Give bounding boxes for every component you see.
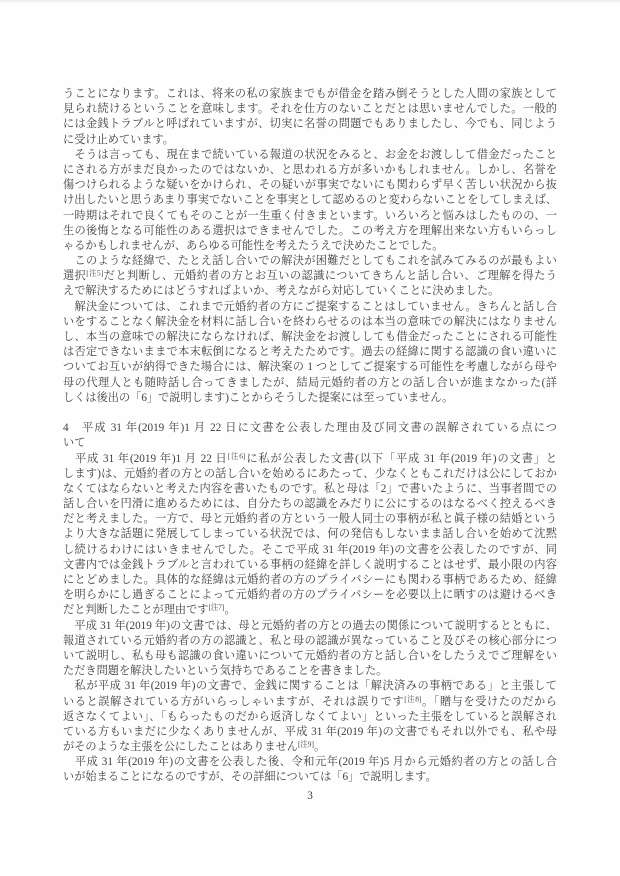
text-line: 平成 31 年(2019 年)1 月 22 日[注6]に私が公表した文書(以下「… [63, 452, 557, 467]
text-line: 選択[注5]だと判断し、元婚約者の方とお互いの認識についてきちんと話し合い、ご理… [63, 269, 557, 284]
text-line: にされる方がまだ良かったのではないか、と思われる方が多いかもしれません。しかし、… [63, 163, 557, 178]
text-line: いると誤解されている方がいらっしゃいますが、それは誤りです[注8]。「贈与を受け… [63, 695, 557, 710]
paragraph: 解決金については、これまで元婚約者の方にご提案することはしていません。きちんと話… [63, 300, 557, 406]
text-line: します)は、元婚約者の方との話し合いを始めるにあたって、少なくともこれだけは公に… [63, 467, 557, 482]
text-line: より大きな話題に発展してしまっている状況では、何の発信もしないまま話し合いを始め… [63, 527, 557, 542]
text-line: 返さなくてよい」、「もらったものだから返済しなくてよい」といった主張をしていると… [63, 710, 557, 725]
text-line: なくてはならないと考えた内容を書いたものです。私と母は「2」で書いたように、当事… [63, 482, 557, 497]
text-line: にとどめました。具体的な経緯は元婚約者の方のプライバシーにも関わる事柄であるため… [63, 573, 557, 588]
text-line: いをすることなく解決金を材料に話し合いを終わらせるのは本当の意味での解決にはなり… [63, 315, 557, 330]
text-line: 平成 31 年(2019 年)の文書では、母と元婚約者の方との過去の関係について… [63, 619, 557, 634]
text-line: は否定できないままで本末転倒になると考えたためです。過去の経緯に関する認識の食い… [63, 345, 557, 360]
blank-line [63, 406, 557, 421]
text-line: えで解決するためにはどうすればよいか、考えながら対応していくことに決めました。 [63, 284, 557, 299]
text-line: を明らかにし過ぎることによって元婚約者の方のプライバシーを必要以上に晒すのは避け… [63, 588, 557, 603]
text-line: だと判断したことが理由です[注7]。 [63, 603, 557, 618]
text-line: ただき問題を解決したいという気持ちであることを書きました。 [63, 664, 557, 679]
footnote-ref: [注7] [208, 603, 224, 612]
footnote-ref: [注8] [404, 695, 421, 704]
text-line: しくは後出の「6」で説明します)ことからそうした提案には至っていません。 [63, 391, 557, 406]
paragraph: 平成 31 年(2019 年)の文書では、母と元婚約者の方との過去の関係について… [63, 619, 557, 680]
text-line: ゃるかもしれませんが、あらゆる可能性を考えたうえで決めたことでした。 [63, 239, 557, 254]
paragraph: うことになります。これは、将来の私の家族までもが借金を踏み倒そうとした人間の家族… [63, 87, 557, 148]
text-line: いて [63, 436, 557, 451]
footnote-ref: [注6] [228, 452, 246, 461]
footnote-ref: [注5] [86, 269, 103, 278]
text-line: ている方もいまだに少なくありませんが、平成 31 年(2019 年)の文書でもそ… [63, 725, 557, 740]
footnote-ref: [注9] [298, 740, 314, 749]
text-line: し続けるわけにはいきませんでした。そこで平成 31 年(2019 年)の文書を公… [63, 543, 557, 558]
text-line: うことになります。これは、将来の私の家族までもが借金を踏み倒そうとした人間の家族… [63, 87, 557, 102]
paragraph: 私が平成 31 年(2019 年)の文書で、金銭に関することは「解決済みの事柄で… [63, 679, 557, 755]
text-line: け出したいと思うあまり事実でないことを事実として認めるのと変わらないことをしてし… [63, 193, 557, 208]
text-line: 私が平成 31 年(2019 年)の文書で、金銭に関することは「解決済みの事柄で… [63, 679, 557, 694]
text-line: このような経緯で、たとえ話し合いでの解決が困難だとしてもこれを試みてみるのが最も… [63, 254, 557, 269]
text-line: 傷つけられるような疑いをかけられ、その疑いが事実でないにも関わらず早く苦しい状況… [63, 178, 557, 193]
text-line: に受け止めています。 [63, 133, 557, 148]
text-line: そうは言っても、現在まで続いている報道の状況をみると、お金をお渡しして借金だった… [63, 148, 557, 163]
page-number: 3 [0, 790, 620, 802]
section-heading: 4 平成 31 年(2019 年)1 月 22 日に文書を公表した理由及び同文書… [63, 421, 557, 451]
paragraph: そうは言っても、現在まで続いている報道の状況をみると、お金をお渡しして借金だった… [63, 148, 557, 254]
text-line: いが始まることになるのですが、その詳細については「6」で説明します。 [63, 770, 557, 785]
paragraph: このような経緯で、たとえ話し合いでの解決が困難だとしてもこれを試みてみるのが最も… [63, 254, 557, 300]
document-body: うことになります。これは、将来の私の家族までもが借金を踏み倒そうとした人間の家族… [63, 87, 557, 786]
text-line: には金銭トラブルと呼ばれていますが、切実に名誉の問題でもありましたし、今でも、同… [63, 117, 557, 132]
text-line: 平成 31 年(2019 年)の文書を公表した後、令和元年(2019 年)5 月… [63, 755, 557, 770]
text-line: 一時期はそれで良くてもそのことが一生重く付きまといます。いろいろと悩みはしたもの… [63, 209, 557, 224]
text-line: 話し合いを円滑に進めるためには、自分たちの認識をみだりに公にするのはなるべく控え… [63, 497, 557, 512]
text-line: 文書内では金銭トラブルと言われている事柄の経緯を詳しく説明することはせず、最小限… [63, 558, 557, 573]
text-line: し、本当の意味での解決にならなければ、解決金をお渡ししても借金だったことにされる… [63, 330, 557, 345]
text-line: がそのような主張を公にしたことはありません[注9]。 [63, 740, 557, 755]
text-line: 見られ続けるということを意味します。それを仕方のないことだとは思いませんでした。… [63, 102, 557, 117]
paragraph: 平成 31 年(2019 年)1 月 22 日[注6]に私が公表した文書(以下「… [63, 452, 557, 619]
text-line: 生の後悔となる可能性のある選択はできませんでした。この考え方を理解出来ない方もい… [63, 224, 557, 239]
text-line: だと考えました。一方で、母と元婚約者の方という一般人同士の事柄が私と眞子様の結婚… [63, 512, 557, 527]
paragraph: 平成 31 年(2019 年)の文書を公表した後、令和元年(2019 年)5 月… [63, 755, 557, 785]
text-line: 4 平成 31 年(2019 年)1 月 22 日に文書を公表した理由及び同文書… [63, 421, 557, 436]
text-line: 解決金については、これまで元婚約者の方にご提案することはしていません。きちんと話… [63, 300, 557, 315]
text-line: ついてお互いが納得できた場合には、解決案の 1 つとしてご提案する可能性を考慮し… [63, 360, 557, 375]
text-line: いて説明し、私も母も認識の食い違いについて元婚約者の方と話し合いをしたうえでご理… [63, 649, 557, 664]
document-page: うことになります。これは、将来の私の家族までもが借金を踏み倒そうとした人間の家族… [0, 0, 620, 876]
text-line: 母の代理人とも随時話し合ってきましたが、結局元婚約者の方との話し合いが進まなかっ… [63, 376, 557, 391]
text-line: 報道されている元婚約者の方の認識と、私と母の認識が異なっていること及びその核心部… [63, 634, 557, 649]
